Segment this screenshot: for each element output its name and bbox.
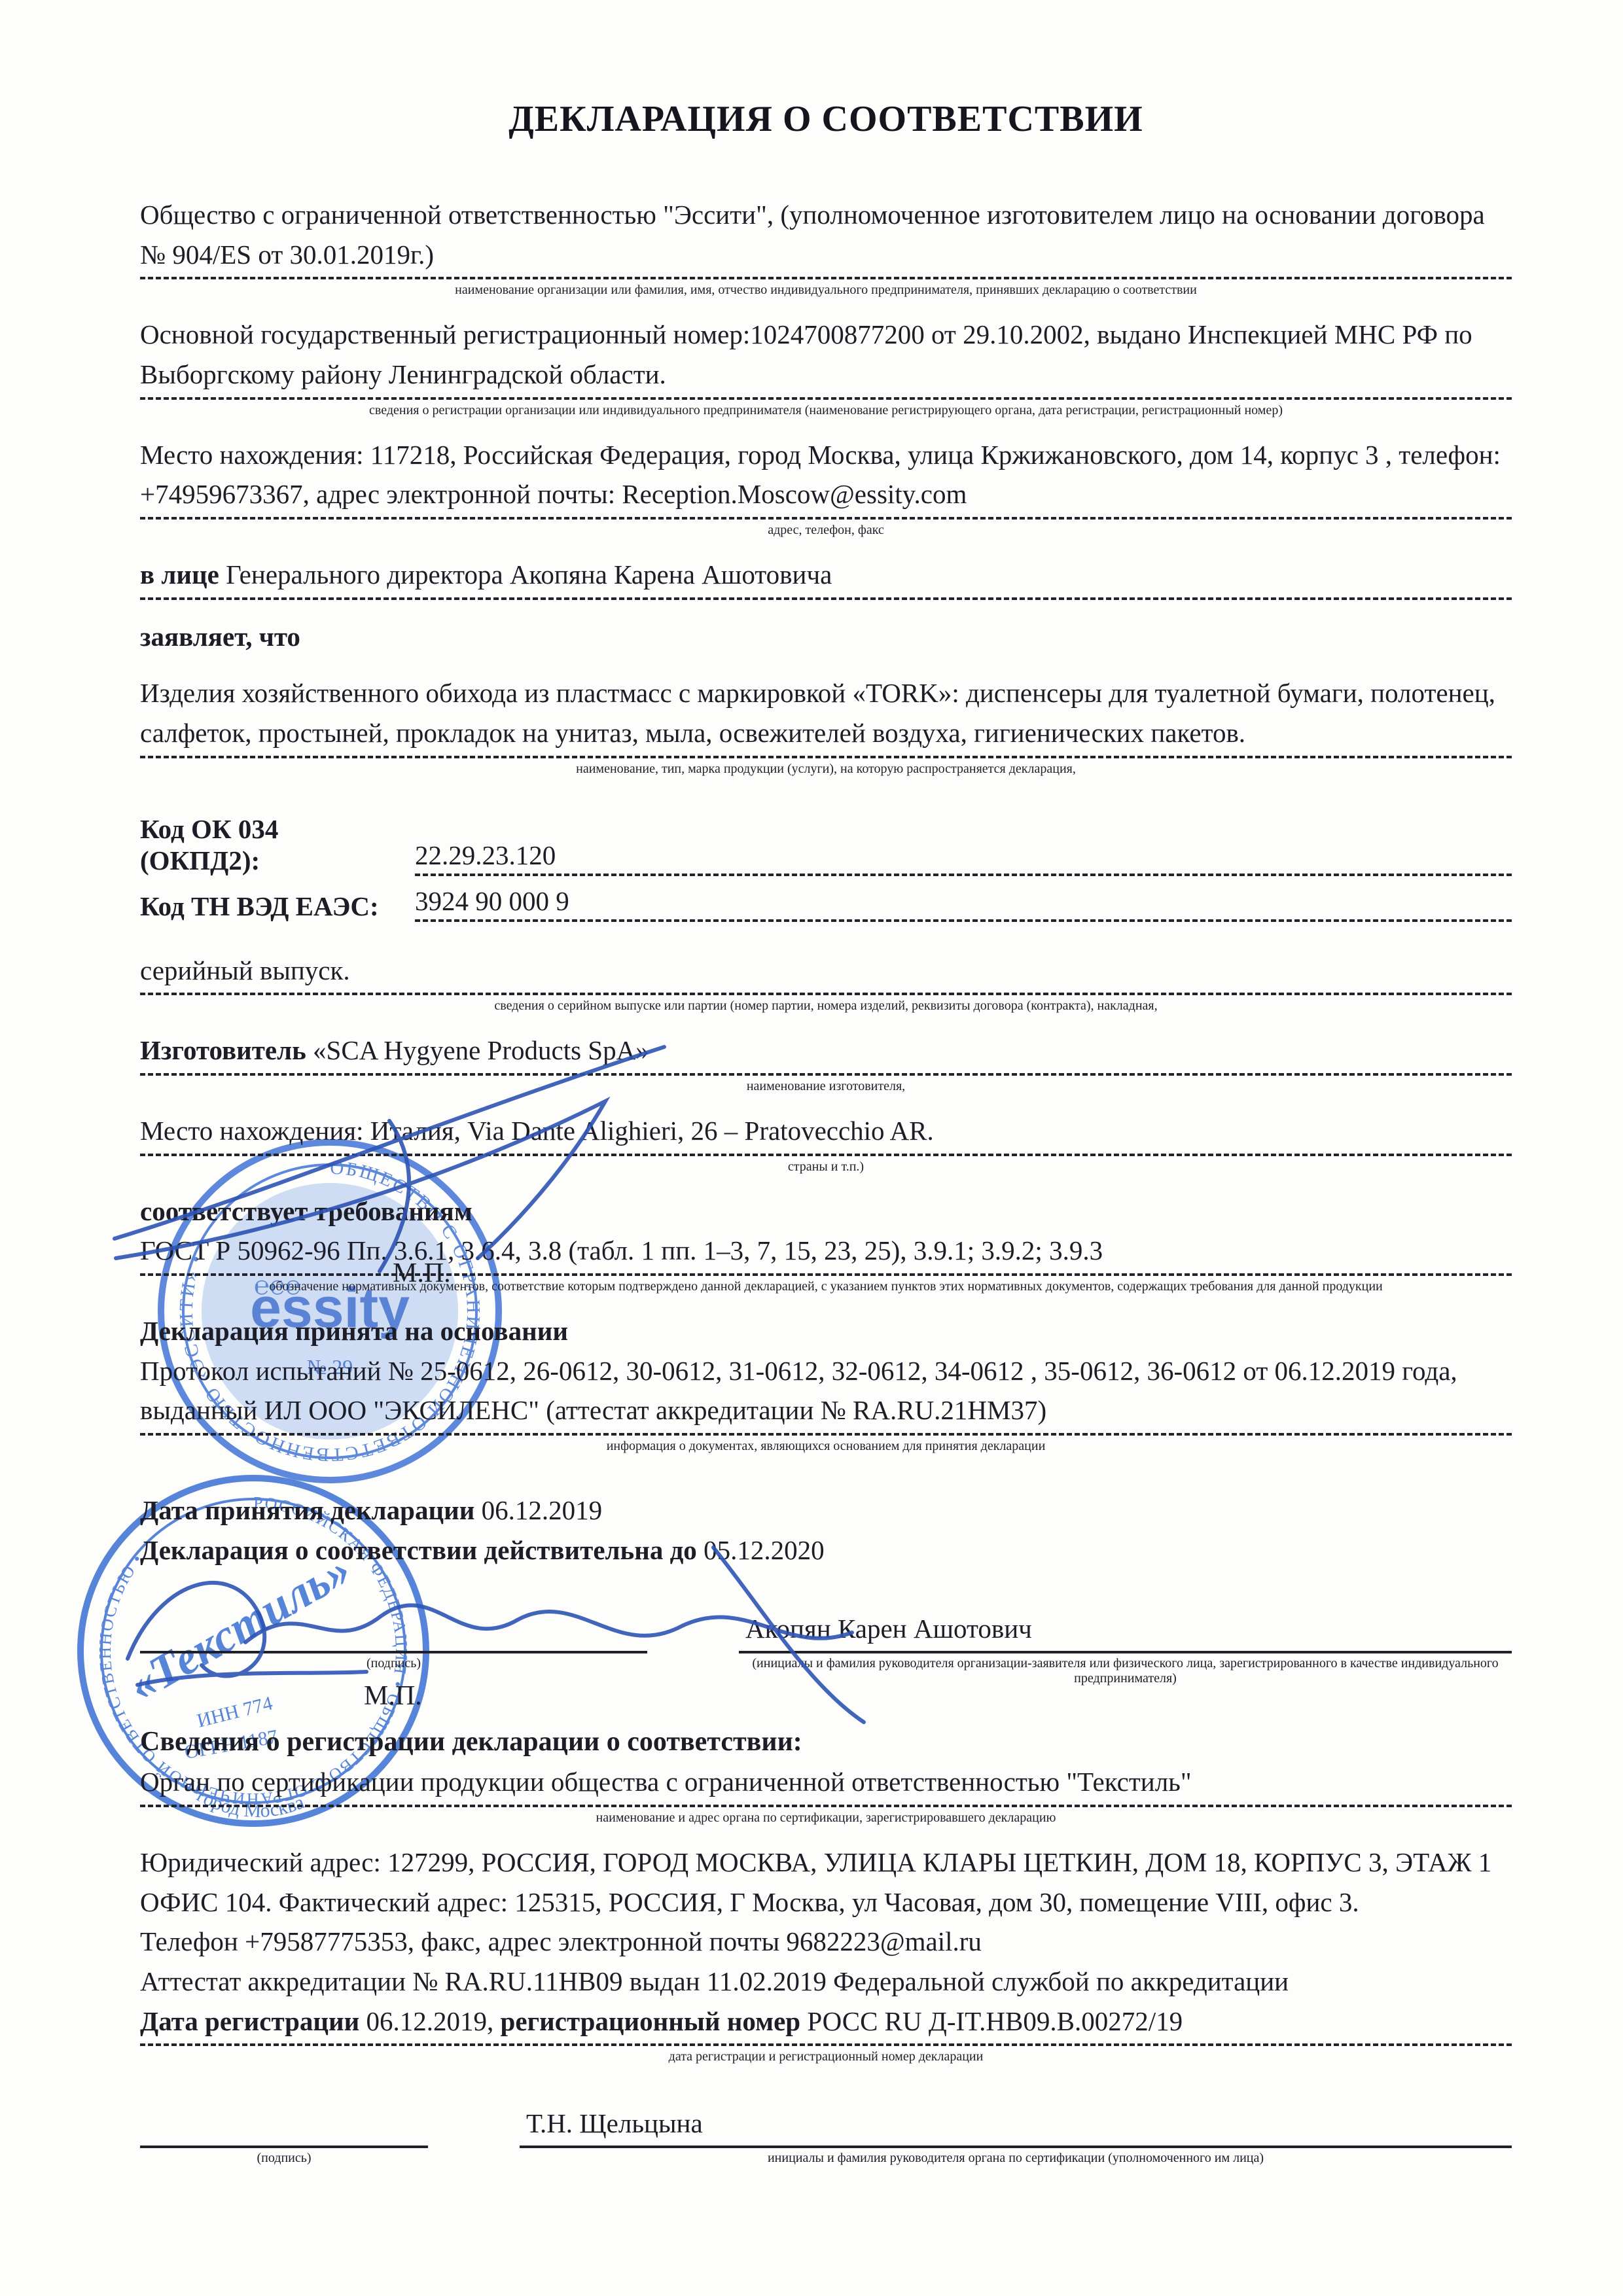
adoption-date-label: Дата принятия декларации <box>140 1495 474 1525</box>
code-okpd2-value: 22.29.23.120 <box>402 839 1512 876</box>
form-line <box>140 277 1512 279</box>
signature2-sign-caption: (подпись) <box>140 2151 428 2166</box>
code-row-tnved: Код ТН ВЭД ЕАЭС: 3924 90 000 9 <box>140 885 1512 922</box>
signature1-line <box>140 1613 647 1653</box>
signature1-sign-area: (подпись) <box>140 1613 647 1686</box>
phone-text: Телефон +79587775353, факс, адрес электр… <box>140 1922 1512 1962</box>
product-caption: наименование, тип, марка продукции (услу… <box>140 761 1512 777</box>
declarant-caption: наименование организации или фамилия, им… <box>140 282 1512 298</box>
code-row-okpd2: Код ОК 034 (ОКПД2): 22.29.23.120 <box>140 813 1512 876</box>
form-line <box>140 1273 1512 1276</box>
declarant-block: Общество с ограниченной ответственностью… <box>140 195 1512 298</box>
reg-date-value: 06.12.2019, <box>359 2006 500 2036</box>
location-block: Место нахождения: 117218, Российская Фед… <box>140 435 1512 538</box>
manufacturer-label: Изготовитель <box>140 1035 306 1065</box>
signature2-line <box>140 2108 428 2148</box>
form-line <box>140 1433 1512 1436</box>
signature1-name-caption: (инициалы и фамилия руководителя организ… <box>739 1656 1512 1686</box>
code-okpd2-label: Код ОК 034 (ОКПД2): <box>140 813 402 876</box>
form-line <box>140 1154 1512 1156</box>
signature2-name: Т.Н. Щельцына <box>520 2108 1512 2148</box>
form-line <box>140 993 1512 995</box>
ogrn-block: Основной государственный регистрационный… <box>140 315 1512 417</box>
codes-block: Код ОК 034 (ОКПД2): 22.29.23.120 Код ТН … <box>140 813 1512 922</box>
location-text: Место нахождения: 117218, Российская Фед… <box>140 435 1512 514</box>
reg-date-label: Дата регистрации <box>140 2006 359 2036</box>
legal-address-text: Юридический адрес: 127299, РОССИЯ, ГОРОД… <box>140 1843 1512 1922</box>
manufacturer-block: Изготовитель «SCA Hygyene Products SpA» … <box>140 1031 1512 1094</box>
signature1-row: (подпись) Акопян Карен Ашотович (инициал… <box>140 1613 1512 1686</box>
location-caption: адрес, телефон, факс <box>140 522 1512 538</box>
mp-label-2: М.П. <box>364 1680 422 1712</box>
signature2-row: (подпись) Т.Н. Щельцына инициалы и фамил… <box>140 2108 1512 2166</box>
compliance-caption: обозначение нормативных документов, соот… <box>140 1279 1512 1294</box>
reg-number-value: РОСС RU Д-IT.НВ09.В.00272/19 <box>800 2006 1183 2036</box>
registration-heading: Сведения о регистрации декларации о соот… <box>140 1722 1512 1762</box>
signature1-name-area: Акопян Карен Ашотович (инициалы и фамили… <box>739 1613 1512 1686</box>
in-person-text: Генерального директора Акопяна Карена Аш… <box>219 559 832 590</box>
ogrn-caption: сведения о регистрации организации или и… <box>140 402 1512 418</box>
basis-label: Декларация принята на основании <box>140 1311 1512 1351</box>
code-okpd2-value-text: 22.29.23.120 <box>415 840 556 870</box>
signature2-name-area: Т.Н. Щельцына инициалы и фамилия руковод… <box>520 2108 1512 2166</box>
form-line <box>140 756 1512 758</box>
form-line <box>140 517 1512 520</box>
validity-value: 05.12.2020 <box>697 1535 825 1565</box>
signature2-sign-area: (подпись) <box>140 2108 428 2166</box>
registration-date-caption: дата регистрации и регистрационный номер… <box>140 2049 1512 2064</box>
in-person-label: в лице <box>140 559 219 590</box>
registration-date-block: Дата регистрации 06.12.2019, регистрацио… <box>140 2002 1512 2065</box>
cert-org-block: Орган по сертификации продукции общества… <box>140 1762 1512 1826</box>
manufacturer-text: «SCA Hygyene Products SpA» <box>306 1035 649 1065</box>
manufacturer-location-block: Место нахождения: Италия, Via Dante Alig… <box>140 1111 1512 1174</box>
declarant-text: Общество с ограниченной ответственностью… <box>140 195 1512 274</box>
attestation-text: Аттестат аккредитации № RA.RU.11НВ09 выд… <box>140 1962 1512 2002</box>
form-line <box>140 397 1512 400</box>
serial-caption: сведения о серийном выпуске или партии (… <box>140 998 1512 1014</box>
validity-line: Декларация о соответствии действительна … <box>140 1530 1512 1570</box>
form-line <box>140 1073 1512 1076</box>
signature2-name-caption: инициалы и фамилия руководителя органа п… <box>520 2151 1512 2166</box>
manufacturer-caption: наименование изготовителя, <box>140 1078 1512 1094</box>
form-line <box>415 874 1512 876</box>
product-block: Изделия хозяйственного обихода из пластм… <box>140 673 1512 776</box>
document-title: ДЕКЛАРАЦИЯ О СООТВЕТСТВИИ <box>140 98 1512 140</box>
ogrn-text: Основной государственный регистрационный… <box>140 315 1512 394</box>
registration-section: Сведения о регистрации декларации о соот… <box>140 1722 1512 2064</box>
compliance-block: соответствует требованиям ГОСТ Р 50962-9… <box>140 1192 1512 1294</box>
form-line <box>140 1805 1512 1807</box>
adoption-date-value: 06.12.2019 <box>474 1495 602 1525</box>
product-text: Изделия хозяйственного обихода из пластм… <box>140 673 1512 752</box>
declaration-document: ОБЩЕСТВО С ОГРАНИЧЕННОЙ ОТВЕТСТВЕННОСТЬЮ… <box>0 0 1623 2296</box>
declares-label: заявляет, что <box>140 617 1512 657</box>
mp-label-1: М.П. <box>393 1258 451 1289</box>
compliance-text: ГОСТ Р 50962-96 Пп. 3.6.1, 3.6.4, 3.8 (т… <box>140 1231 1512 1271</box>
basis-text: Протокол испытаний № 25-0612, 26-0612, 3… <box>140 1351 1512 1430</box>
validity-label: Декларация о соответствии действительна … <box>140 1535 697 1565</box>
adoption-date-line: Дата принятия декларации 06.12.2019 <box>140 1491 1512 1530</box>
serial-text: серийный выпуск. <box>140 951 1512 991</box>
code-tnved-value: 3924 90 000 9 <box>402 885 1512 922</box>
manufacturer-location-caption: страны и т.п.) <box>140 1159 1512 1174</box>
basis-caption: информация о документах, являющихся осно… <box>140 1438 1512 1454</box>
manufacturer-location-text: Место нахождения: Италия, Via Dante Alig… <box>140 1111 1512 1151</box>
code-tnved-label: Код ТН ВЭД ЕАЭС: <box>140 891 402 922</box>
code-tnved-value-text: 3924 90 000 9 <box>415 886 569 916</box>
in-person-block: в лице Генерального директора Акопяна Ка… <box>140 555 1512 600</box>
cert-org-caption: наименование и адрес органа по сертифика… <box>140 1810 1512 1826</box>
form-line <box>415 919 1512 922</box>
compliance-label: соответствует требованиям <box>140 1192 1512 1231</box>
serial-block: серийный выпуск. сведения о серийном вып… <box>140 951 1512 1014</box>
form-line <box>140 2043 1512 2046</box>
basis-block: Декларация принята на основании Протокол… <box>140 1311 1512 1454</box>
cert-org-text: Орган по сертификации продукции общества… <box>140 1762 1512 1802</box>
form-line <box>140 597 1512 600</box>
reg-number-label: регистрационный номер <box>501 2006 801 2036</box>
signature1-sign-caption: (подпись) <box>140 1656 647 1671</box>
signature1-name: Акопян Карен Ашотович <box>739 1613 1512 1653</box>
